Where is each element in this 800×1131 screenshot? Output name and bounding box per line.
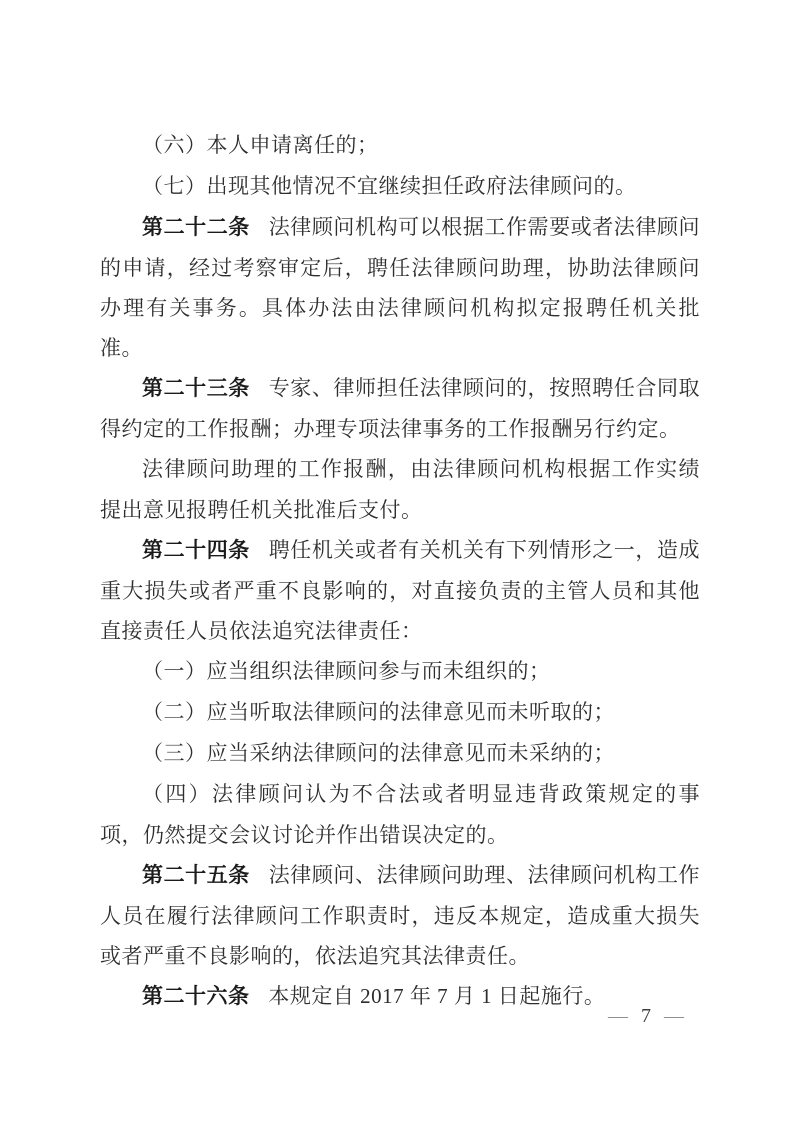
page-number-value: 7 xyxy=(641,1001,651,1031)
list-item: （二）应当听取法律顾问的法律意见而未听取的； xyxy=(100,692,700,733)
article-label: 第二十五条 xyxy=(142,864,250,887)
list-item: （四）法律顾问认为不合法或者明显违背政策规定的事项，仍然提交会议讨论并作出错误决… xyxy=(100,774,700,855)
paragraph-text: （四）法律顾问认为不合法或者明显违背政策规定的事项，仍然提交会议讨论并作出错误决… xyxy=(100,782,700,847)
article-label: 第二十四条 xyxy=(142,539,250,562)
paragraph-text: 法律顾问助理的工作报酬，由法律顾问机构根据工作实绩提出意见报聘任机关批准后支付。 xyxy=(100,457,700,522)
list-item: （一）应当组织法律顾问参与而未组织的； xyxy=(100,651,700,692)
article-label: 第二十二条 xyxy=(142,216,250,239)
article-22: 第二十二条法律顾问机构可以根据工作需要或者法律顾问的申请，经过考察审定后，聘任法… xyxy=(100,207,700,368)
article-label: 第二十六条 xyxy=(142,985,250,1008)
paragraph-text: （一）应当组织法律顾问参与而未组织的； xyxy=(142,659,551,683)
paragraph-text: （三）应当采纳法律顾问的法律意见而未采纳的； xyxy=(142,741,615,765)
paragraph-text: （二）应当听取法律顾问的法律意见而未听取的； xyxy=(142,700,615,724)
page-number: — 7 — xyxy=(608,1001,684,1031)
list-item: （三）应当采纳法律顾问的法律意见而未采纳的； xyxy=(100,733,700,774)
document-page: （六）本人申请离任的； （七）出现其他情况不宜继续担任政府法律顾问的。 第二十二… xyxy=(0,0,800,1131)
page-number-dash-right: — xyxy=(664,1001,684,1031)
article-25: 第二十五条法律顾问、法律顾问助理、法律顾问机构工作人员在履行法律顾问工作职责时，… xyxy=(100,855,700,976)
document-body: （六）本人申请离任的； （七）出现其他情况不宜继续担任政府法律顾问的。 第二十二… xyxy=(100,125,700,1017)
paragraph-text: （七）出现其他情况不宜继续担任政府法律顾问的。 xyxy=(142,174,637,198)
paragraph-text: 本规定自 2017 年 7 月 1 日起施行。 xyxy=(268,984,605,1008)
paragraph: 法律顾问助理的工作报酬，由法律顾问机构根据工作实绩提出意见报聘任机关批准后支付。 xyxy=(100,449,700,530)
list-item: （七）出现其他情况不宜继续担任政府法律顾问的。 xyxy=(100,166,700,207)
article-23: 第二十三条专家、律师担任法律顾问的，按照聘任合同取得约定的工作报酬；办理专项法律… xyxy=(100,368,700,449)
paragraph-text: （六）本人申请离任的； xyxy=(142,133,379,157)
article-label: 第二十三条 xyxy=(142,377,250,400)
page-number-dash-left: — xyxy=(608,1001,628,1031)
article-24: 第二十四条聘任机关或者有关机关有下列情形之一，造成重大损失或者严重不良影响的，对… xyxy=(100,530,700,651)
list-item: （六）本人申请离任的； xyxy=(100,125,700,166)
